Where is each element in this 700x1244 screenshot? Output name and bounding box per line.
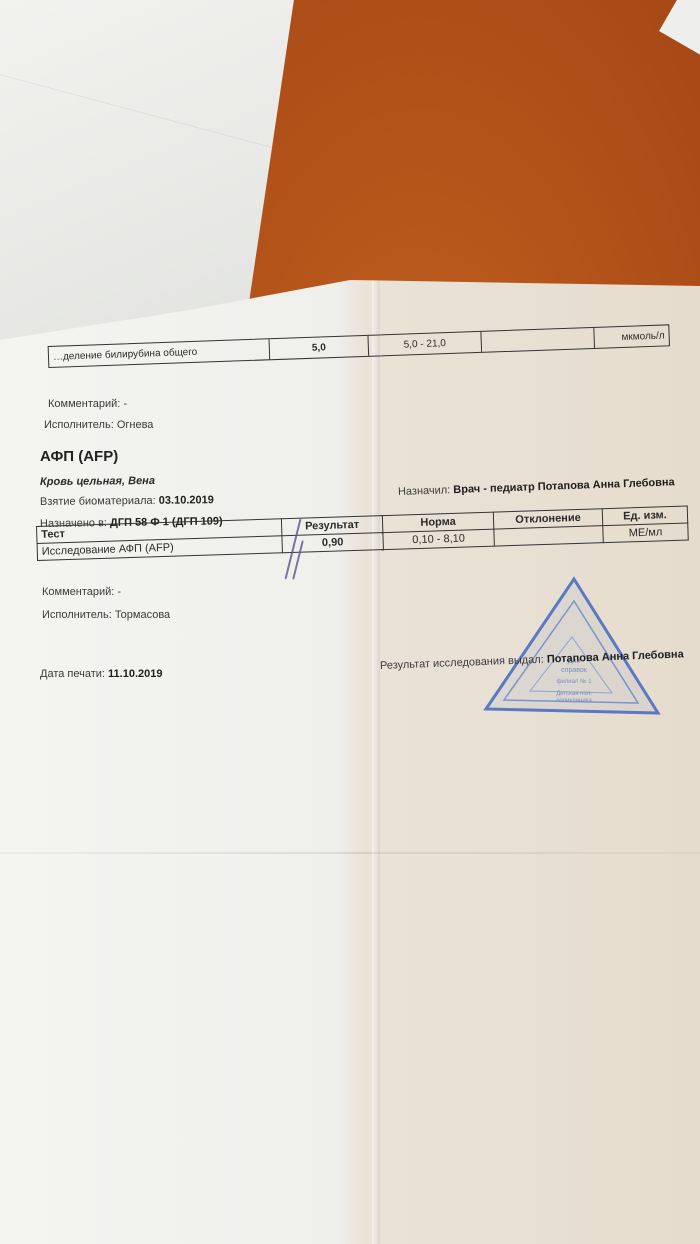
previous-test-norm: 5,0 - 21,0 xyxy=(368,332,482,356)
executor: Исполнитель: Тормасова xyxy=(42,609,170,621)
section-title: АФП (AFP) xyxy=(40,448,118,465)
ordered-by: Назначил: Врач - педиатр Потапова Анна Г… xyxy=(398,476,675,498)
comment: Комментарий: - xyxy=(42,586,121,598)
svg-text:справок: справок xyxy=(561,667,588,674)
previous-comment: Комментарий: - xyxy=(48,398,127,410)
material: Кровь цельная, Вена xyxy=(40,475,155,488)
stamp-icon: Для справок филиал № 1 Детская пол. поли… xyxy=(482,575,662,715)
print-date: Дата печати: 11.10.2019 xyxy=(40,668,162,680)
previous-executor: Исполнитель: Огнева xyxy=(44,419,153,431)
previous-test-result: 5,0 xyxy=(270,336,370,359)
results-table: Тест Результат Норма Отклонение Ед. изм.… xyxy=(36,506,689,561)
svg-text:Детская пол.: Детская пол. xyxy=(556,691,592,697)
svg-text:филиал № 1: филиал № 1 xyxy=(556,678,592,685)
svg-text:поликлиника: поликлиника xyxy=(556,698,592,704)
previous-test-deviation xyxy=(481,328,595,352)
cell-norm: 0,10 - 8,10 xyxy=(383,529,494,549)
document-content: …деление билирубина общего 5,0 5,0 - 21,… xyxy=(0,0,700,1244)
previous-test-unit: мкмоль/л xyxy=(594,325,669,348)
previous-test-row: …деление билирубина общего 5,0 5,0 - 21,… xyxy=(48,324,670,368)
sampling-info: Взятие биоматериала: 03.10.2019 xyxy=(40,494,214,508)
previous-test-name: …деление билирубина общего xyxy=(49,339,271,367)
cell-deviation xyxy=(494,526,603,546)
cell-unit: МЕ/мл xyxy=(603,523,688,543)
